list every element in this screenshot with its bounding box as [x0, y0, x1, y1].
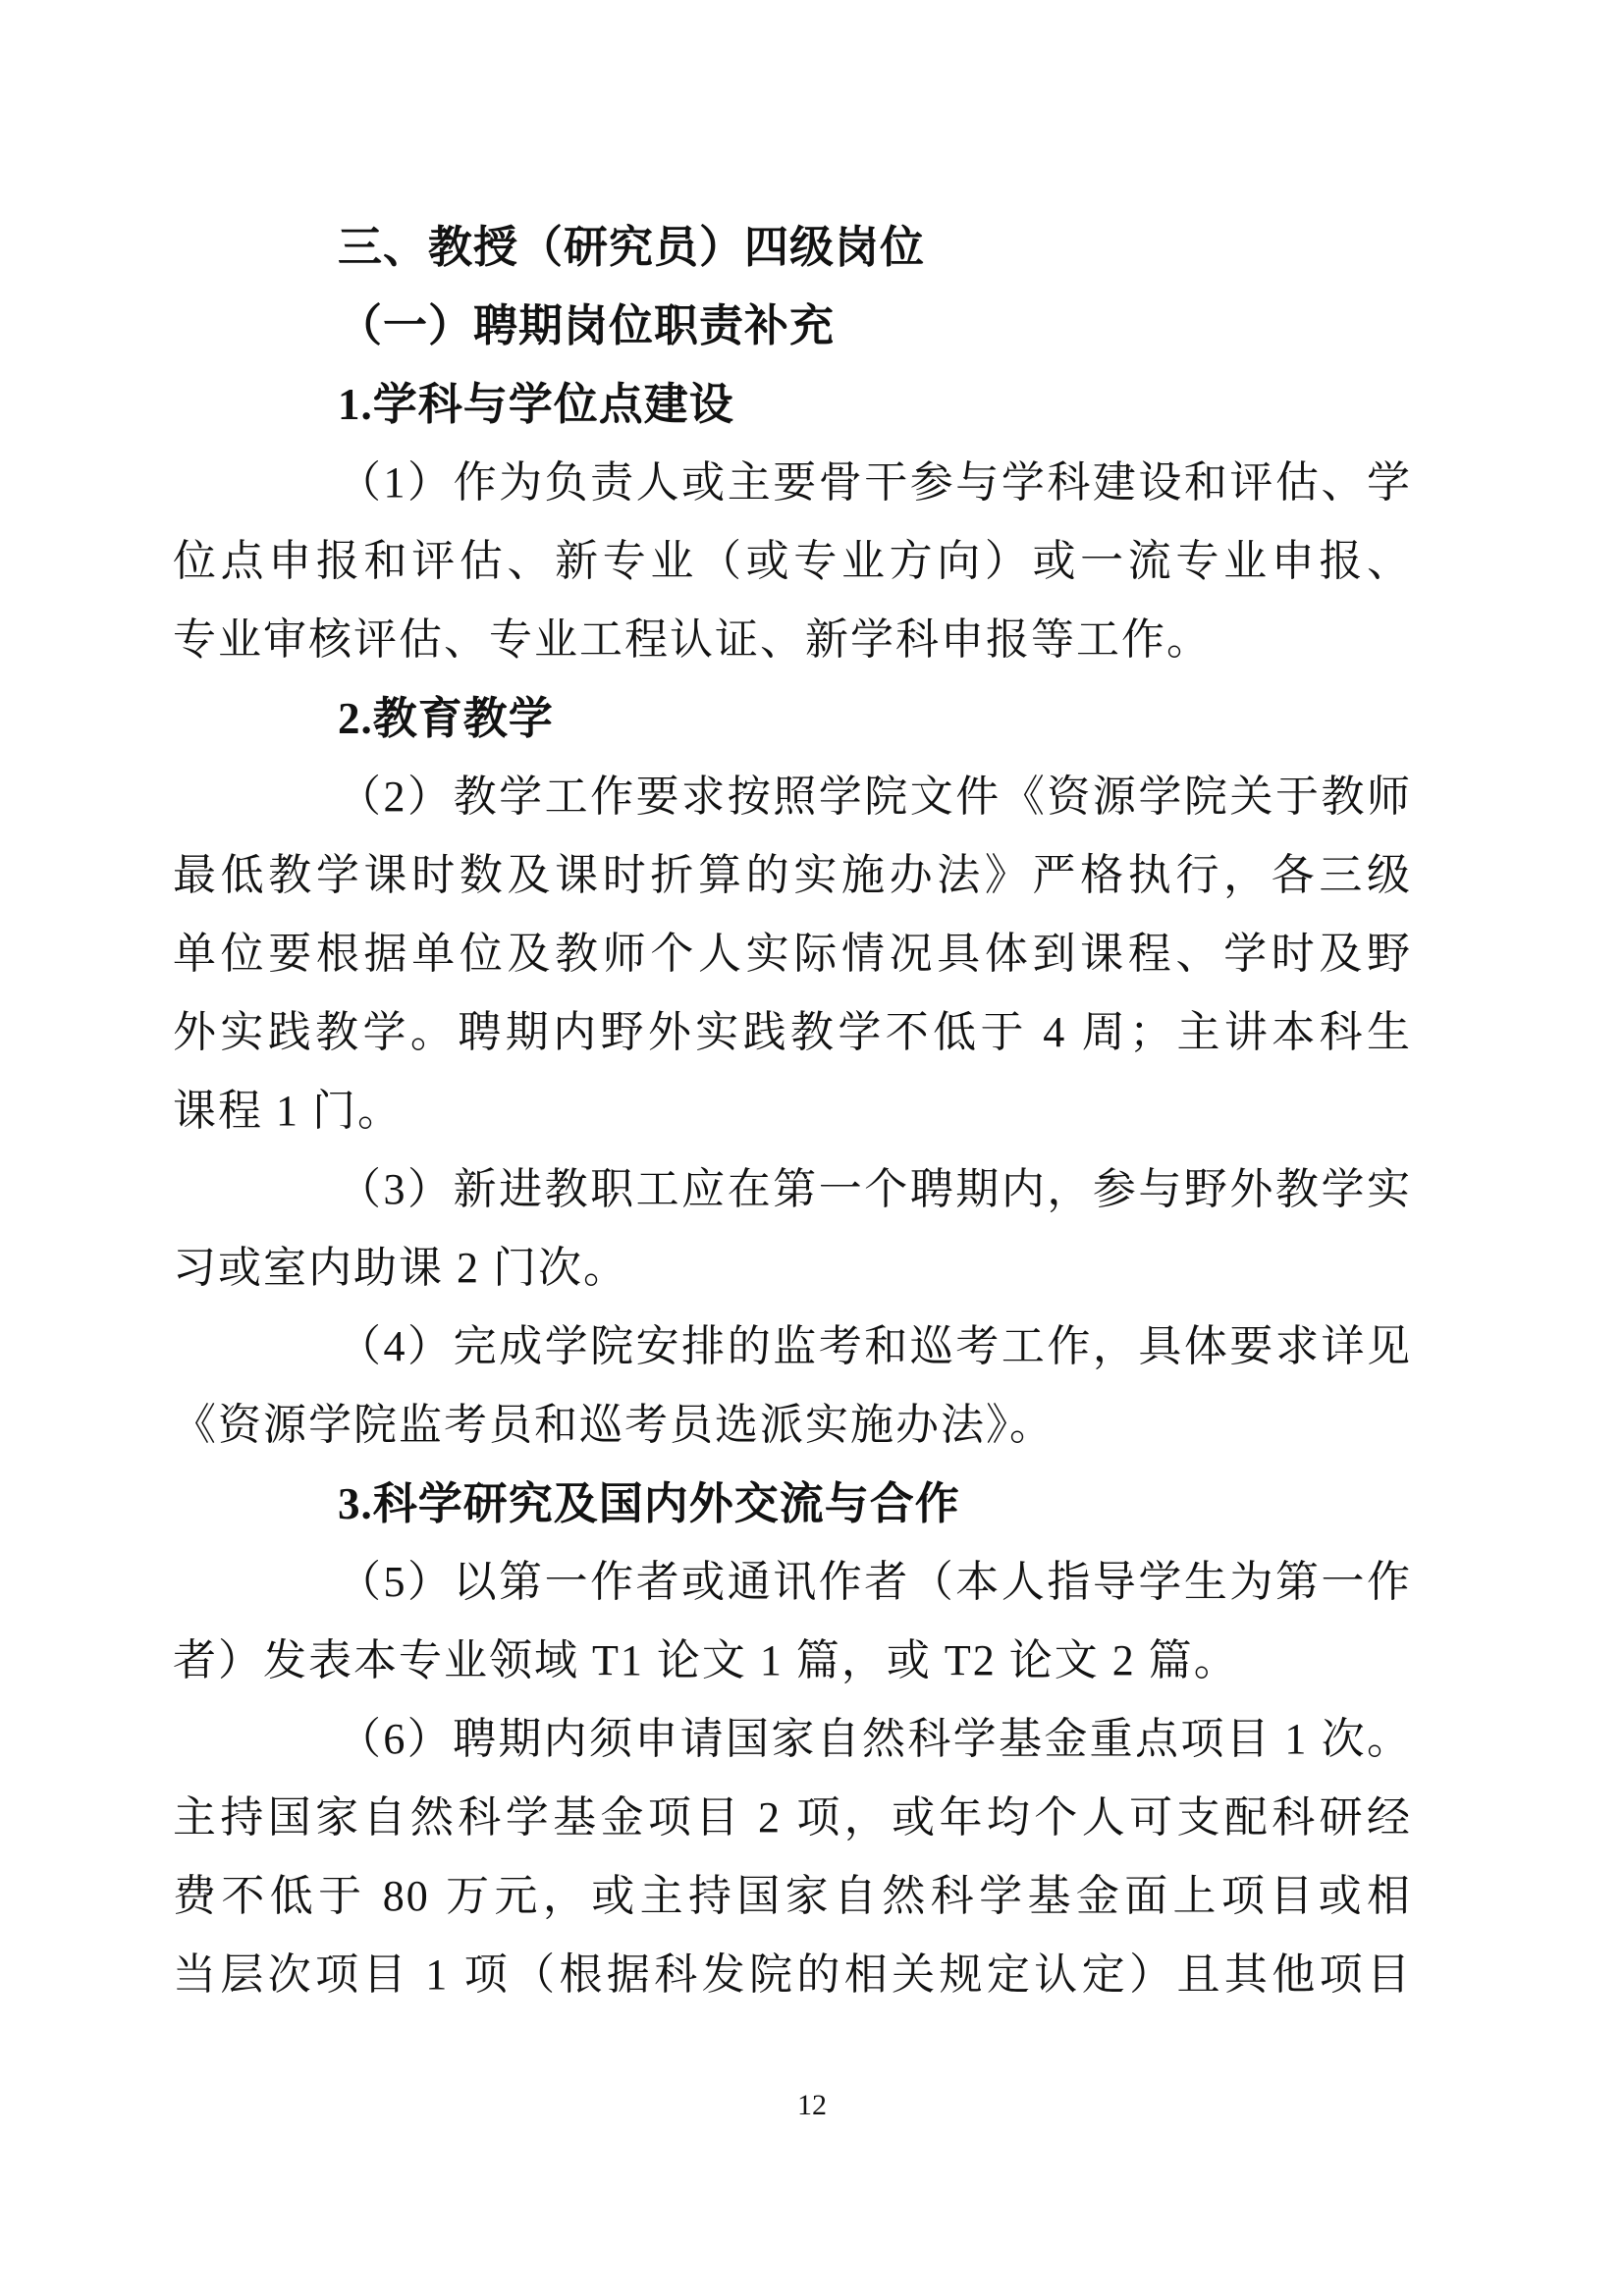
text-line: 最低教学课时数及课时折算的实施办法》严格执行，各三级 — [173, 836, 1412, 915]
text-line: （1）作为负责人或主要骨干参与学科建设和评估、学 — [173, 444, 1412, 522]
text-line: 《资源学院监考员和巡考员选派实施办法》。 — [173, 1386, 1412, 1465]
text-line: （6）聘期内须申请国家自然科学基金重点项目 1 次。 — [173, 1700, 1412, 1779]
numbered-heading: 1.学科与学位点建设 — [173, 365, 1412, 444]
numbered-heading: 3.科学研究及国内外交流与合作 — [173, 1465, 1412, 1543]
text-line: 课程 1 门。 — [173, 1072, 1412, 1150]
text-line: 主持国家自然科学基金项目 2 项，或年均个人可支配科研经 — [173, 1779, 1412, 1857]
text-line: （5）以第一作者或通讯作者（本人指导学生为第一作 — [173, 1543, 1412, 1622]
subsection-heading: （一）聘期岗位职责补充 — [173, 287, 1412, 365]
text-line: 位点申报和评估、新专业（或专业方向）或一流专业申报、 — [173, 522, 1412, 601]
text-line: 习或室内助课 2 门次。 — [173, 1229, 1412, 1308]
numbered-heading: 2.教育教学 — [173, 679, 1412, 758]
section-heading: 三、教授（研究员）四级岗位 — [173, 208, 1412, 287]
text-block: 三、教授（研究员）四级岗位（一）聘期岗位职责补充1.学科与学位点建设（1）作为负… — [173, 208, 1412, 2014]
text-line: 当层次项目 1 项（根据科发院的相关规定认定）且其他项目 — [173, 1936, 1412, 2014]
text-line: 专业审核评估、专业工程认证、新学科申报等工作。 — [173, 601, 1412, 679]
text-line: 费不低于 80 万元，或主持国家自然科学基金面上项目或相 — [173, 1857, 1412, 1936]
text-line: 外实践教学。聘期内野外实践教学不低于 4 周；主讲本科生 — [173, 993, 1412, 1072]
page-number: 12 — [0, 2089, 1624, 2122]
text-line: （3）新进教职工应在第一个聘期内，参与野外教学实 — [173, 1150, 1412, 1229]
text-line: （2）教学工作要求按照学院文件《资源学院关于教师 — [173, 758, 1412, 836]
text-line: 者）发表本专业领域 T1 论文 1 篇，或 T2 论文 2 篇。 — [173, 1622, 1412, 1700]
document-page: 三、教授（研究员）四级岗位（一）聘期岗位职责补充1.学科与学位点建设（1）作为负… — [0, 0, 1624, 2296]
text-line: （4）完成学院安排的监考和巡考工作，具体要求详见 — [173, 1308, 1412, 1386]
text-line: 单位要根据单位及教师个人实际情况具体到课程、学时及野 — [173, 915, 1412, 993]
